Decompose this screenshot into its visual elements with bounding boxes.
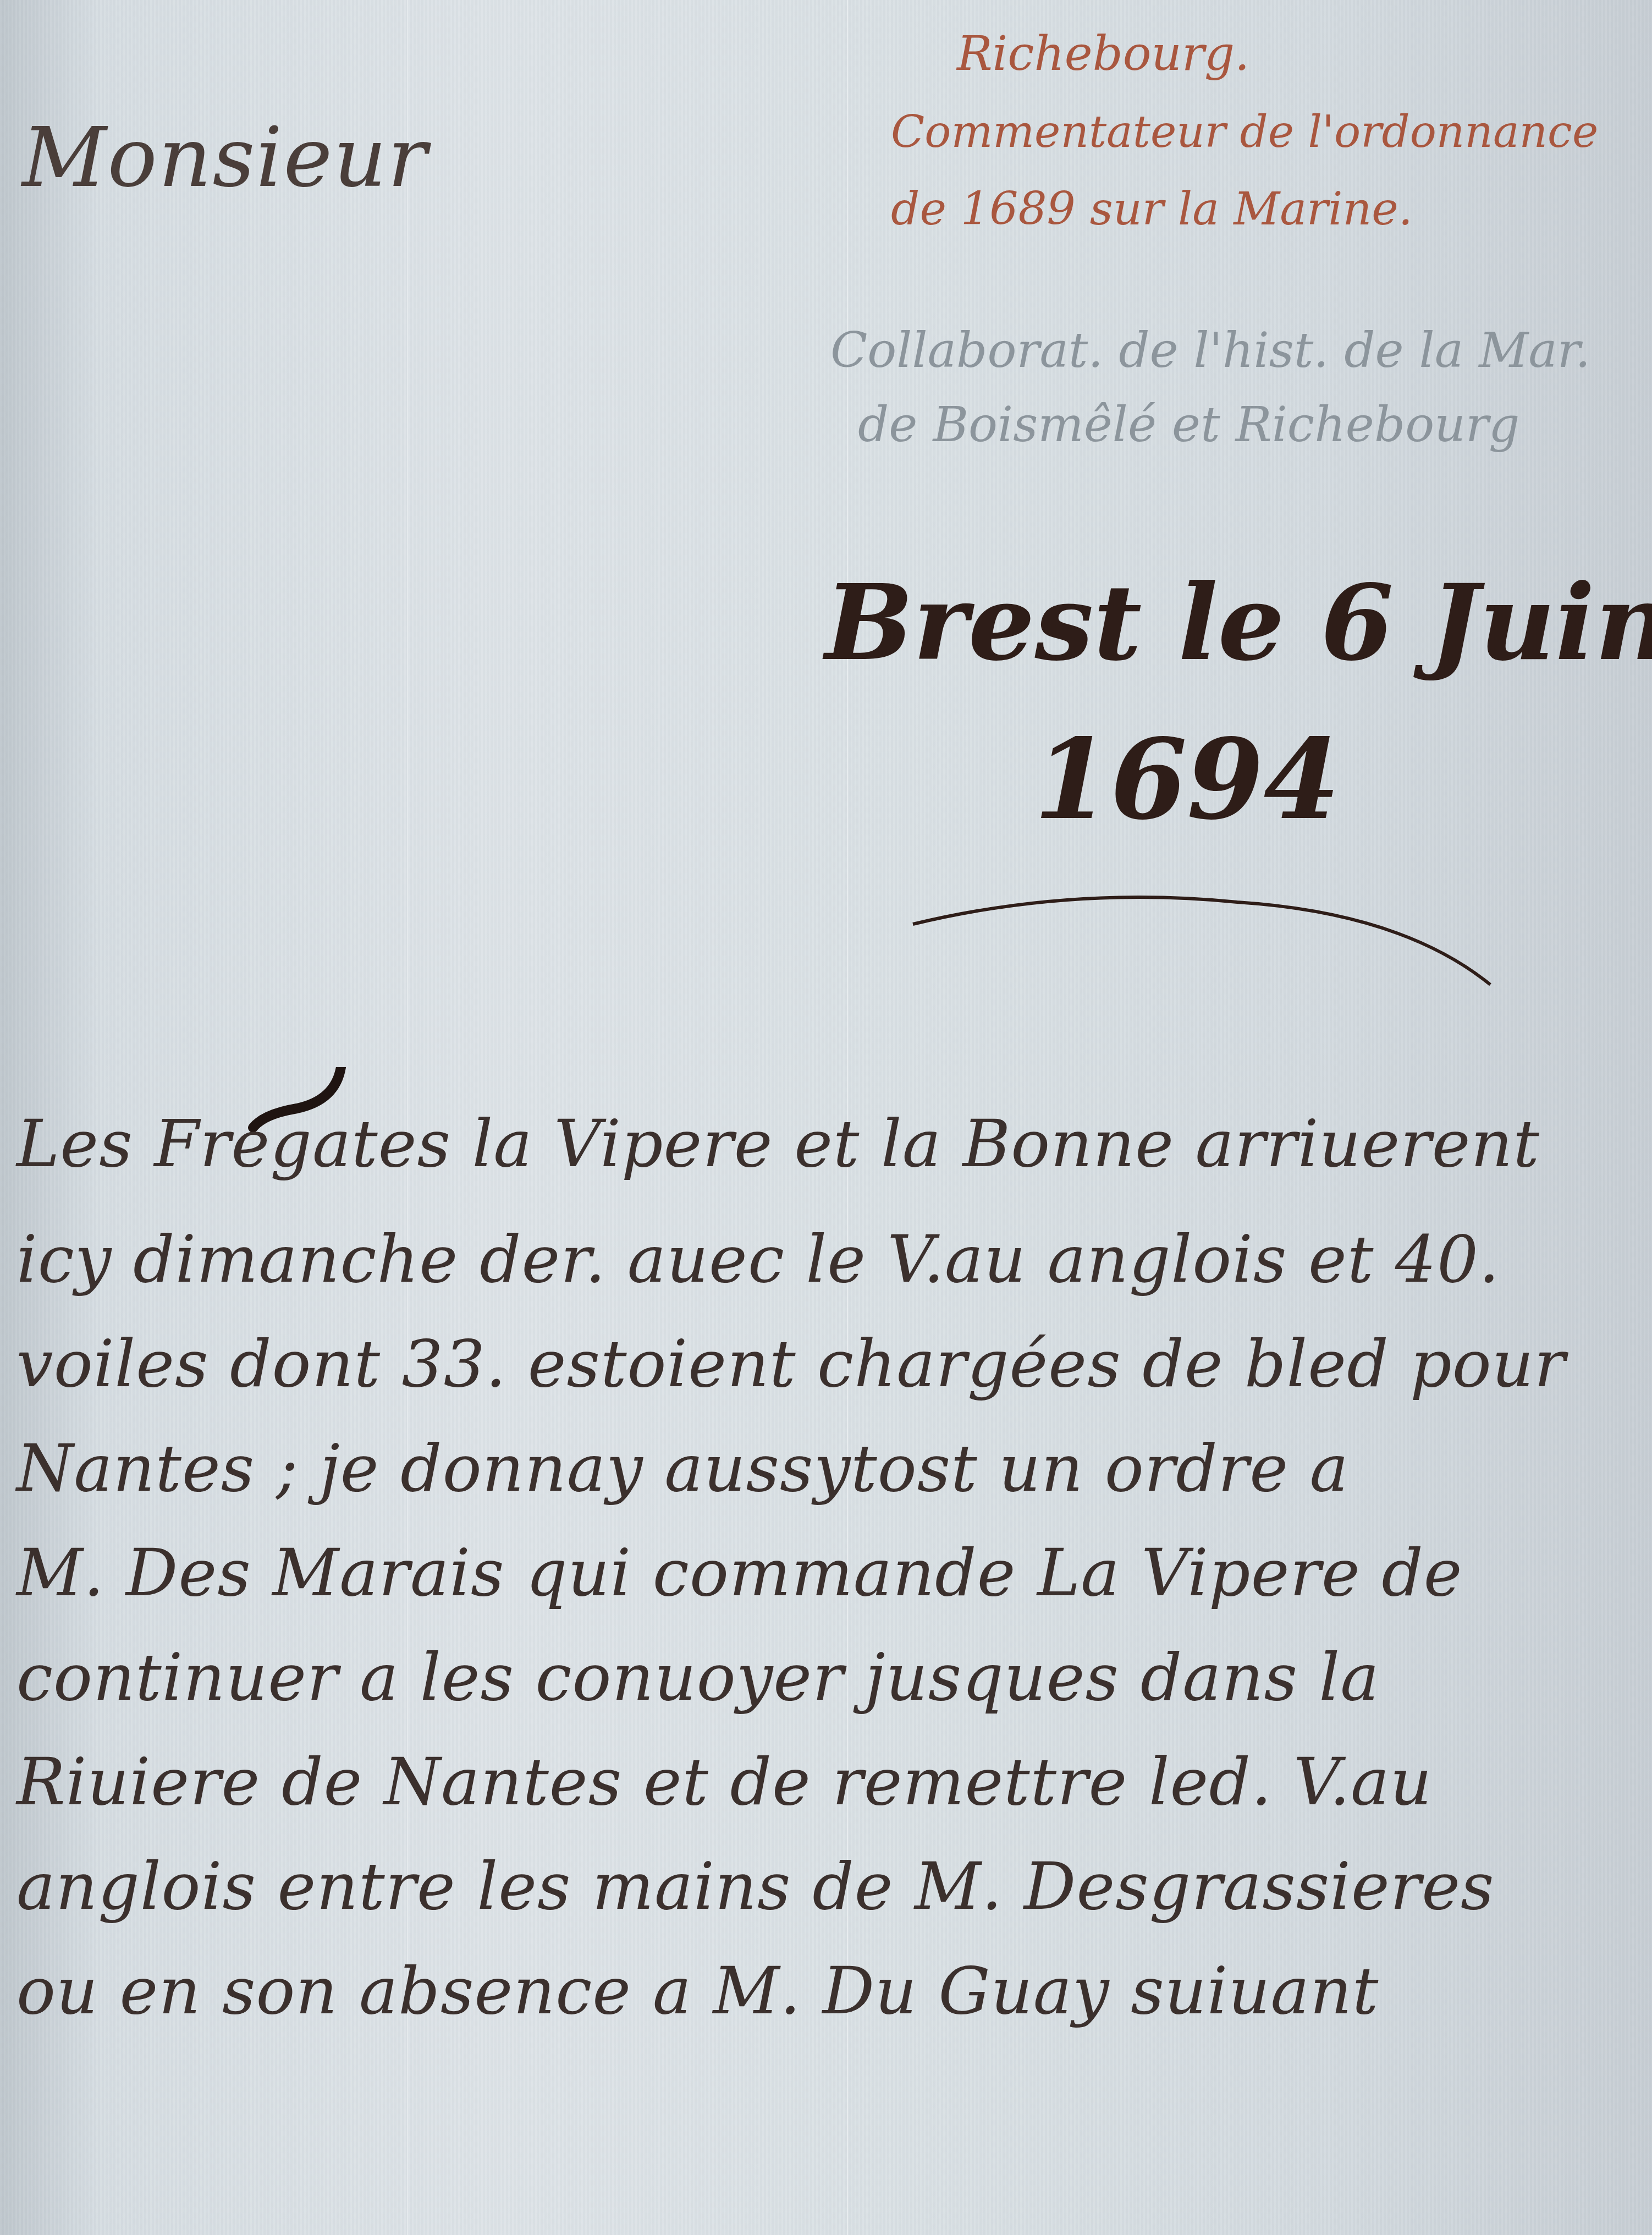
annotation-pencil-line-2: de Boismêlé et Richebourg <box>858 396 1519 453</box>
body-line-5: M. Des Marais qui commande La Vipere de <box>16 1535 1463 1611</box>
annotation-pencil-line-1: Collaborat. de l'hist. de la Mar. <box>830 322 1590 378</box>
annotation-red-line-3: de 1689 sur la Marine. <box>891 187 1413 232</box>
dateline-year: 1694 <box>1034 715 1340 844</box>
salutation: Monsieur <box>22 110 428 206</box>
annotation-red-line-1: Richebourg. <box>957 30 1249 78</box>
body-line-7: Riuiere de Nantes et de remettre led. V.… <box>16 1744 1432 1820</box>
body-line-6: continuer a les conuoyer jusques dans la <box>16 1639 1380 1715</box>
dateline-place-date: Brest le 6 Juin <box>825 561 1652 684</box>
body-line-1: Les Fregates la Vipere et la Bonne arriu… <box>16 1106 1540 1182</box>
date-flourish-icon <box>907 891 1512 990</box>
body-line-9: ou en son absence a M. Du Guay suiuant <box>16 1953 1379 2029</box>
body-line-4: Nantes ; je donnay aussytost un ordre a <box>16 1430 1349 1506</box>
annotation-red-line-2: Commentateur de l'ordonnance <box>891 110 1598 154</box>
body-line-8: anglois entre les mains de M. Desgrassie… <box>16 1848 1495 1924</box>
body-line-3: voiles dont 33. estoient chargées de ble… <box>16 1326 1566 1402</box>
letter-page: Monsieur Richebourg. Commentateur de l'o… <box>0 0 1652 2235</box>
body-line-2: icy dimanche der. auec le V.au anglois e… <box>16 1221 1500 1297</box>
